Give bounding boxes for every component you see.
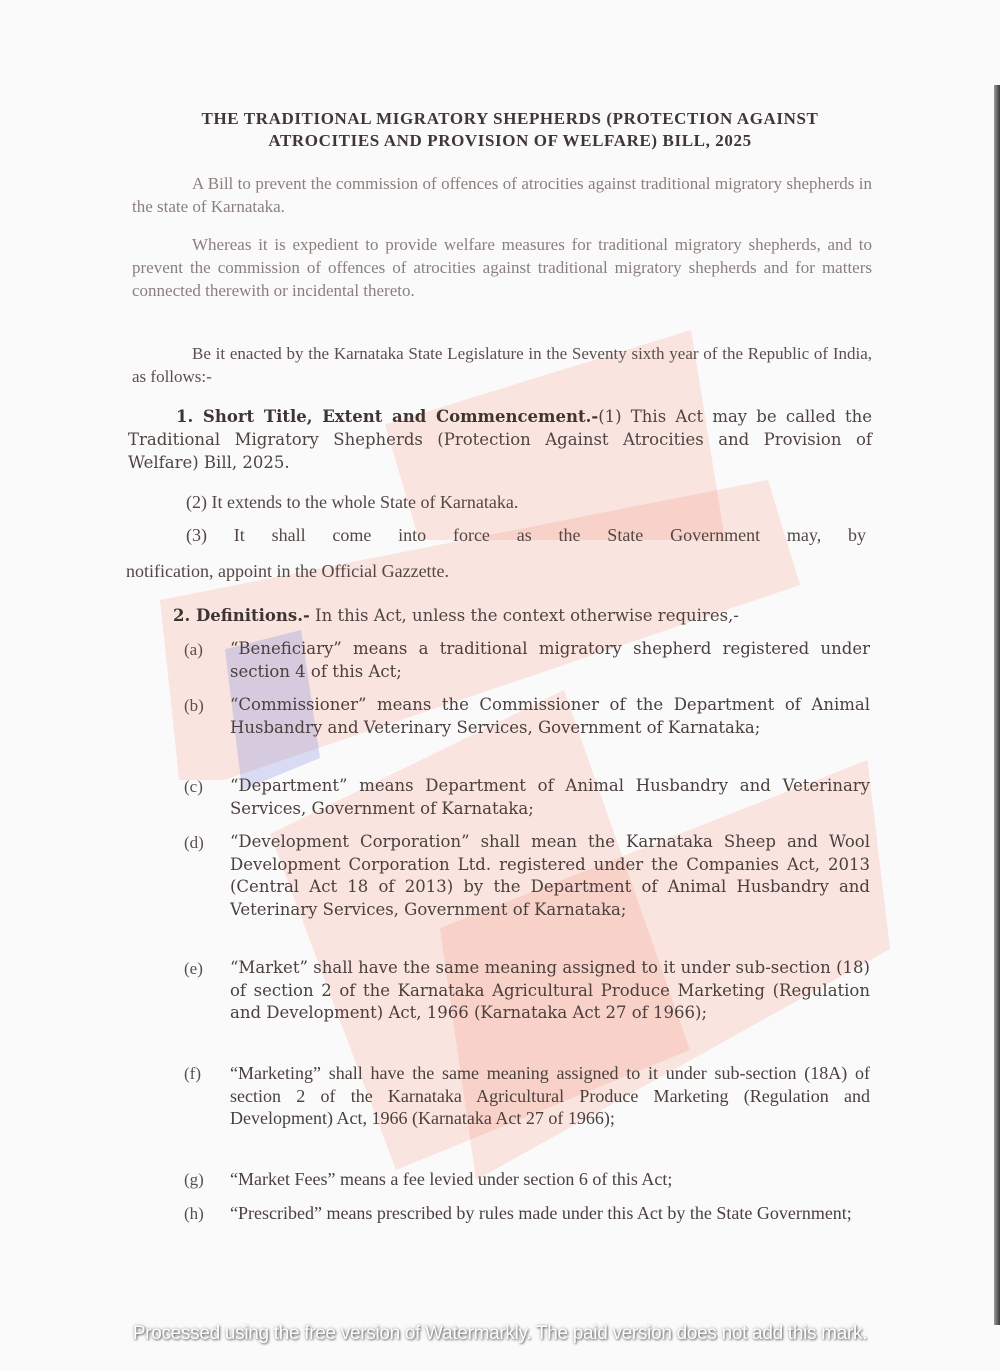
definition-label: (g) <box>184 1168 230 1191</box>
definition-item: (b)“Commissioner” means the Commissioner… <box>184 694 870 739</box>
section-2-heading: 2. Definitions.- <box>173 606 310 625</box>
definition-text: “Department” means Department of Animal … <box>230 775 870 820</box>
definition-item: (h)“Prescribed” means prescribed by rule… <box>184 1202 870 1225</box>
definition-text: “Commissioner” means the Commissioner of… <box>230 694 870 739</box>
enacting-formula: Be it enacted by the Karnataka State Leg… <box>132 342 872 388</box>
watermark-notice: Processed using the free version of Wate… <box>0 1323 1000 1345</box>
section-1-clause-2: (2) It extends to the whole State of Kar… <box>186 491 876 514</box>
definition-item: (g)“Market Fees” means a fee levied unde… <box>184 1168 870 1191</box>
section-1-clause-3: (3) It shall come into force as the Stat… <box>186 524 866 547</box>
section-2-intro: In this Act, unless the context otherwis… <box>310 606 739 625</box>
definition-text: “Prescribed” means prescribed by rules m… <box>230 1202 870 1225</box>
definition-label: (f) <box>184 1062 230 1130</box>
definition-label: (a) <box>184 638 230 683</box>
definition-label: (d) <box>184 831 230 921</box>
title-line-1: THE TRADITIONAL MIGRATORY SHEPHERDS (PRO… <box>130 108 890 130</box>
definition-item: (f)“Marketing” shall have the same meani… <box>184 1062 870 1130</box>
definition-item: (a)“Beneficiary” means a traditional mig… <box>184 638 870 683</box>
definition-text: “Market Fees” means a fee levied under s… <box>230 1168 870 1191</box>
enacting-formula-text: Be it enacted by the Karnataka State Leg… <box>132 344 872 386</box>
definition-item: (d)“Development Corporation” shall mean … <box>184 831 870 921</box>
preamble-text: Whereas it is expedient to provide welfa… <box>132 235 872 300</box>
definition-label: (h) <box>184 1202 230 1225</box>
long-title-text: A Bill to prevent the commission of offe… <box>132 174 872 216</box>
section-1-heading: 1. Short Title, Extent and Commencement.… <box>176 407 598 426</box>
definition-item: (e)“Market” shall have the same meaning … <box>184 957 870 1025</box>
title-line-2: ATROCITIES AND PROVISION OF WELFARE) BIL… <box>130 130 890 152</box>
bill-title: THE TRADITIONAL MIGRATORY SHEPHERDS (PRO… <box>130 108 890 152</box>
definition-text: “Marketing” shall have the same meaning … <box>230 1062 870 1130</box>
definition-label: (b) <box>184 694 230 739</box>
definition-label: (e) <box>184 957 230 1025</box>
definition-text: “Beneficiary” means a traditional migrat… <box>230 638 870 683</box>
definition-item: (c)“Department” means Department of Anim… <box>184 775 870 820</box>
definition-text: “Market” shall have the same meaning ass… <box>230 957 870 1025</box>
section-1: 1. Short Title, Extent and Commencement.… <box>128 405 872 474</box>
definition-text: “Development Corporation” shall mean the… <box>230 831 870 921</box>
section-2: 2. Definitions.- In this Act, unless the… <box>173 604 873 627</box>
long-title: A Bill to prevent the commission of offe… <box>132 172 872 218</box>
section-1-clause-3-cont: notification, appoint in the Official Ga… <box>126 560 816 583</box>
preamble: Whereas it is expedient to provide welfa… <box>132 233 872 302</box>
page-edge-shadow <box>994 85 1000 1325</box>
definition-label: (c) <box>184 775 230 820</box>
